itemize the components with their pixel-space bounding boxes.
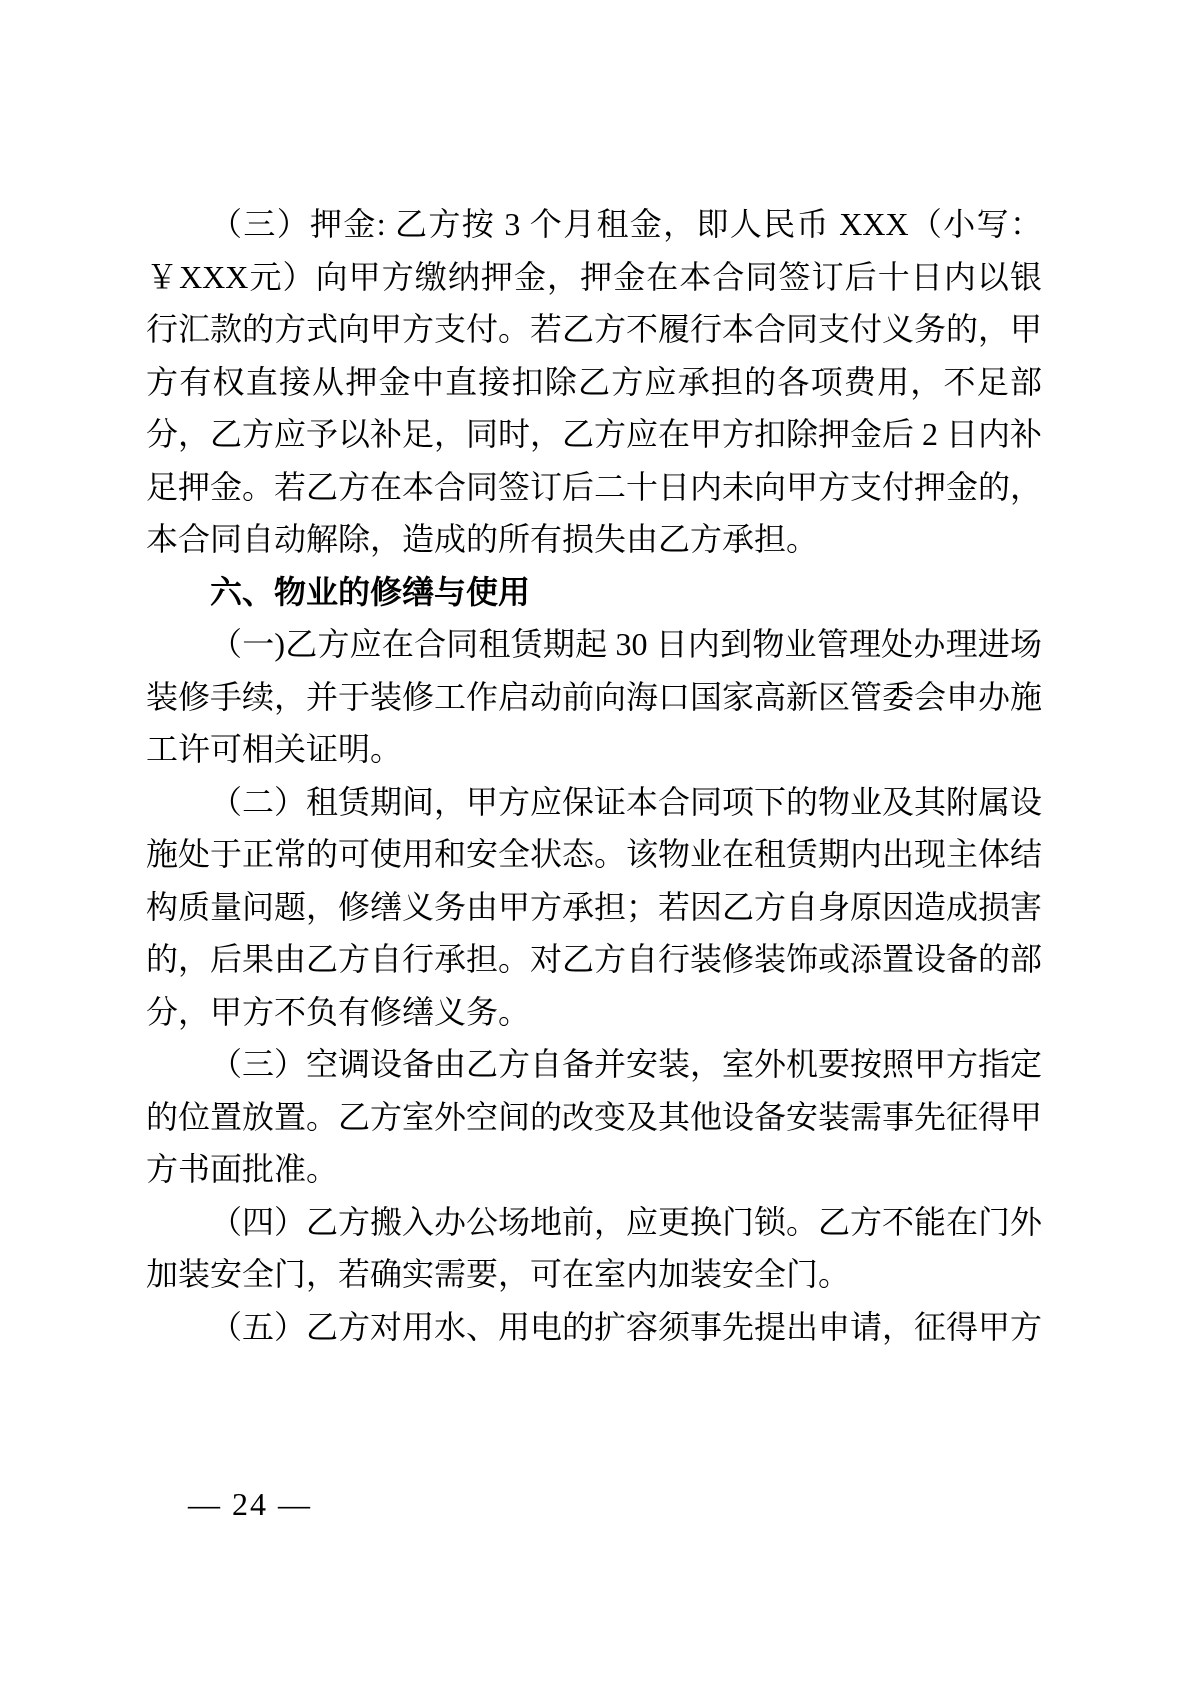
paragraph-clause-1: （一)乙方应在合同租赁期起 30 日内到物业管理处办理进场装修手续，并于装修工作… bbox=[146, 618, 1042, 776]
paragraph-clause-3: （三）空调设备由乙方自备并安装，室外机要按照甲方指定的位置放置。乙方室外空间的改… bbox=[146, 1038, 1042, 1196]
paragraph-deposit-clause: （三）押金: 乙方按 3 个月租金，即人民币 XXX（小写：￥XXX元）向甲方缴… bbox=[146, 198, 1042, 566]
paragraph-clause-5: （五）乙方对用水、用电的扩容须事先提出申请，征得甲方 bbox=[146, 1301, 1042, 1354]
paragraph-clause-2: （二）租赁期间，甲方应保证本合同项下的物业及其附属设施处于正常的可使用和安全状态… bbox=[146, 776, 1042, 1039]
section-heading-property-repair-and-use: 六、物业的修缮与使用 bbox=[146, 566, 1042, 619]
page-body: （三）押金: 乙方按 3 个月租金，即人民币 XXX（小写：￥XXX元）向甲方缴… bbox=[146, 198, 1042, 1353]
document-page: （三）押金: 乙方按 3 个月租金，即人民币 XXX（小写：￥XXX元）向甲方缴… bbox=[0, 0, 1191, 1684]
page-number: — 24 — bbox=[188, 1482, 312, 1526]
paragraph-clause-4: （四）乙方搬入办公场地前，应更换门锁。乙方不能在门外加装安全门，若确实需要，可在… bbox=[146, 1196, 1042, 1301]
